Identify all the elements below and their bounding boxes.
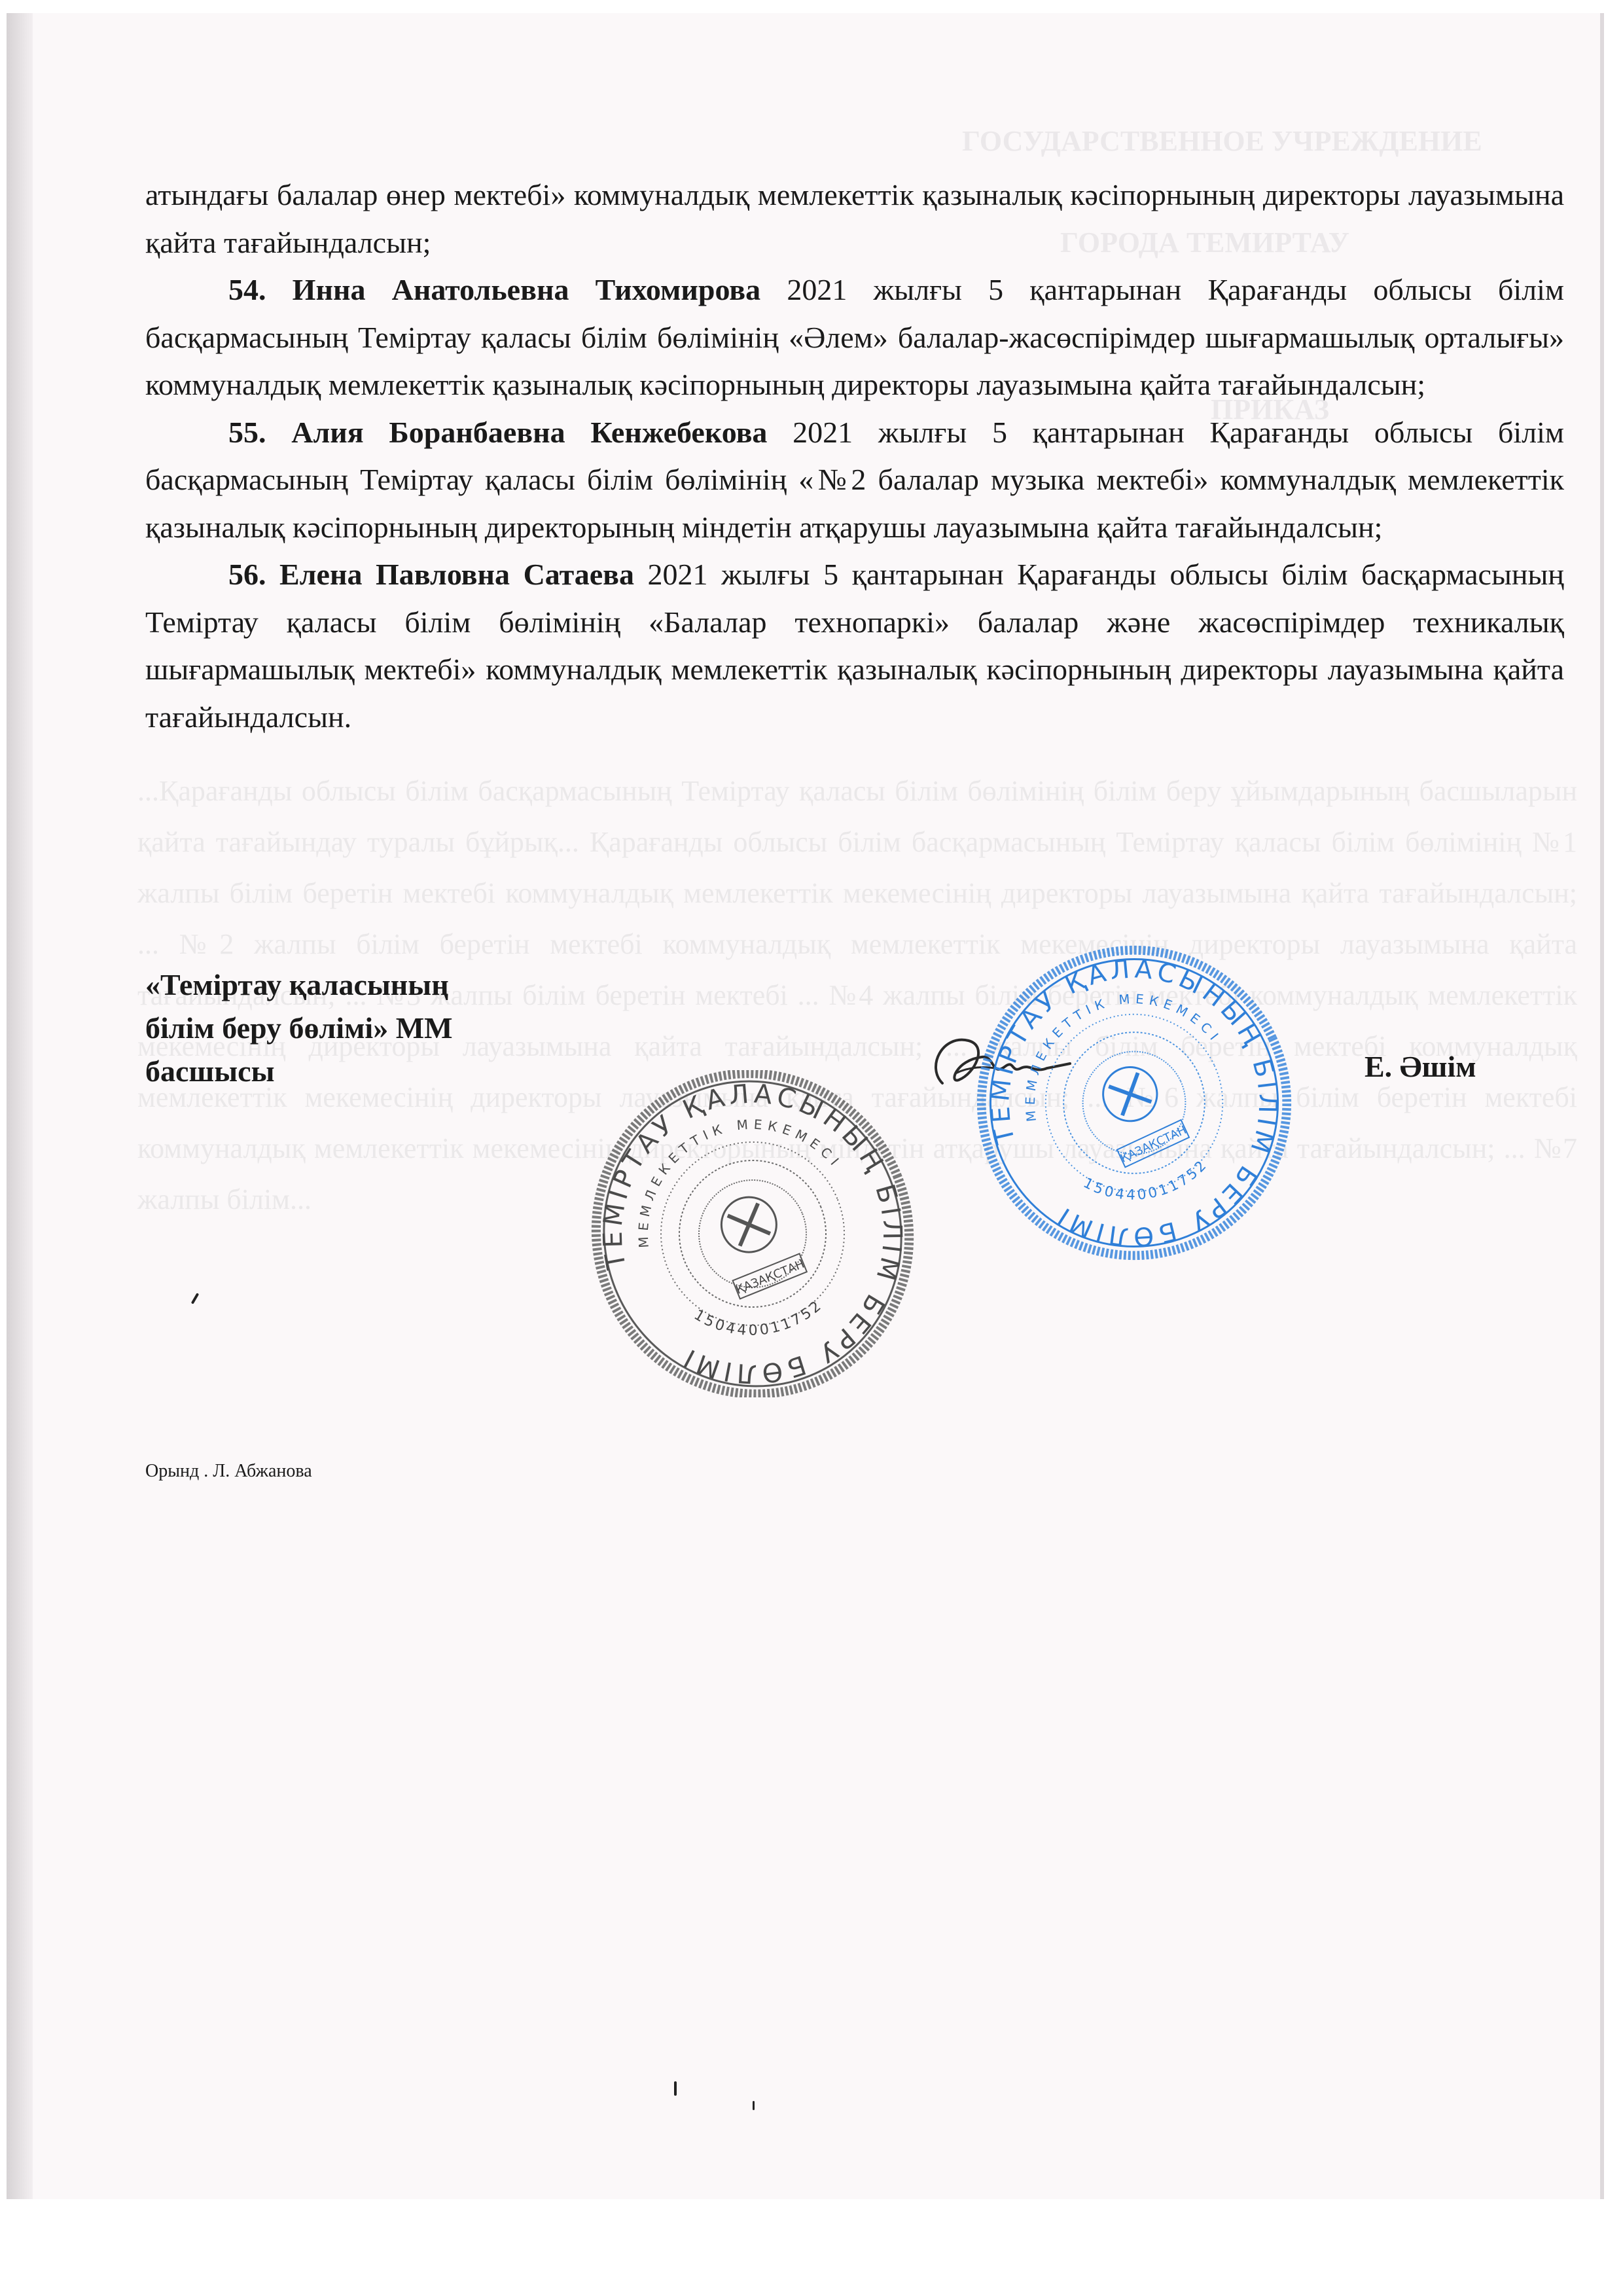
- item-number: 56.: [228, 558, 266, 591]
- signatory-org-line-2: білім беру бөлімі» ММ: [145, 1007, 453, 1050]
- item-person-name: Инна Анатольевна Тихомирова: [293, 273, 760, 306]
- scan-border-bottom: [0, 2199, 1623, 2296]
- signatory-title: басшысы: [145, 1050, 453, 1093]
- executor-note: Орынд . Л. Абжанова: [145, 1461, 312, 1482]
- scan-speck: [674, 2081, 677, 2096]
- scan-speck: [753, 2101, 755, 2110]
- item-person-name: Алия Боранбаевна Кенжебекова: [291, 416, 767, 449]
- item-number: 54.: [228, 273, 266, 306]
- signatory-org-line-1: «Теміртау қаласының: [145, 963, 453, 1007]
- document-body: атындағы балалар өнер мектебі» коммуналд…: [145, 171, 1564, 741]
- order-item-56: 56. Елена Павловна Сатаева 2021 жылғы 5 …: [145, 551, 1564, 741]
- item-number: 55.: [228, 416, 266, 449]
- bleed-through-header: ГОСУДАРСТВЕННОЕ УЧРЕЖДЕНИЕ: [962, 124, 1482, 158]
- continued-paragraph: атындағы балалар өнер мектебі» коммуналд…: [145, 171, 1564, 266]
- signatory-name: Е. Әшім: [1364, 1049, 1476, 1084]
- scan-border-top: [0, 0, 1623, 13]
- paper-edge-shadow: [7, 13, 33, 2199]
- paper-right-edge: [1600, 13, 1604, 2199]
- order-item-54: 54. Инна Анатольевна Тихомирова 2021 жыл…: [145, 266, 1564, 409]
- order-item-55: 55. Алия Боранбаевна Кенжебекова 2021 жы…: [145, 409, 1564, 552]
- continued-line-1: атындағы балалар өнер мектебі» коммуналд…: [145, 178, 1062, 211]
- signature-block: «Теміртау қаласының білім беру бөлімі» М…: [145, 963, 453, 1093]
- item-person-name: Елена Павловна Сатаева: [279, 558, 634, 591]
